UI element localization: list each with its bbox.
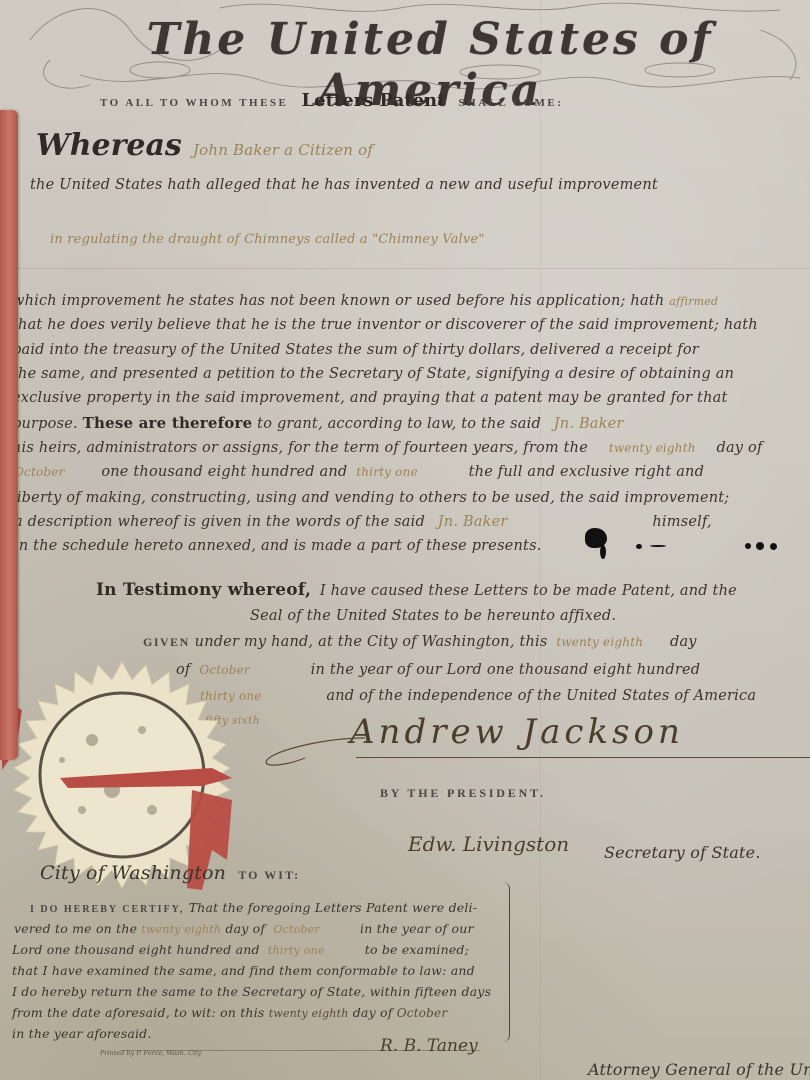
testimony-text: I have caused these Letters to be made P… [320, 583, 737, 599]
body-line: which improvement he states has not been… [12, 293, 718, 309]
description-line: a description whereof is given in the wo… [14, 514, 712, 530]
grant-text: to grant, according to law, to the said [257, 416, 541, 432]
ink-blot [600, 545, 606, 559]
given-text: under my hand, at the City of Washington… [195, 634, 548, 650]
certify-caps: I DO HEREBY CERTIFY, [30, 904, 185, 915]
president-signature: Andrew Jackson [350, 712, 684, 752]
certification-line: I do hereby return the same to the Secre… [12, 984, 491, 999]
description-name-filled: Jn. Baker [438, 514, 508, 530]
given-line: GIVEN under my hand, at the City of Wash… [143, 634, 697, 650]
invention-description-filled: in regulating the draught of Chimneys ca… [50, 232, 485, 247]
testimony-line-2: Seal of the United States to be hereunto… [250, 608, 616, 624]
certification-text: That the foregoing Letters Patent were d… [189, 900, 478, 915]
heirs-suffix: day of [716, 440, 762, 456]
cert-day-filled: twenty eighth [141, 923, 221, 936]
certification-text: from the date aforesaid, to wit: on this [12, 1005, 265, 1020]
body-line: the same, and presented a petition to th… [12, 366, 734, 382]
ink-blot [756, 542, 764, 550]
salutation-letters-patent: Letters Patent [301, 90, 445, 111]
grant-prefix: purpose. [12, 416, 78, 432]
whereas-line: Whereas John Baker a Citizen of [36, 128, 373, 163]
salutation-prefix: TO ALL TO WHOM THESE [100, 97, 288, 109]
ink-blot [636, 544, 642, 549]
date-suffix: the full and exclusive right and [469, 464, 704, 480]
certification-line: that I have examined the same, and find … [12, 963, 475, 978]
inventor-name-filled: John Baker a Citizen of [193, 141, 373, 159]
start-month-filled: October [14, 465, 65, 479]
body-line: paid into the treasury of the United Sta… [12, 342, 699, 358]
schedule-line: in the schedule hereto annexed, and is m… [14, 538, 542, 554]
printer-imprint: Printed by P. Force, Wash. City [100, 1049, 201, 1057]
cert-return-day-filled: twenty eighth [269, 1007, 349, 1020]
heirs-line: his heirs, administrators or assigns, fo… [12, 440, 763, 456]
given-line2-text: in the year of our Lord one thousand eig… [311, 662, 701, 678]
cert-month-filled: October [273, 923, 319, 936]
cert-year-filled: thirty one [268, 944, 325, 957]
certification-heading: City of Washington TO WIT: [40, 862, 300, 884]
salutation-suffix: SHALL COME: [459, 97, 564, 109]
certification-bracket [503, 882, 510, 1042]
whereas-heading: Whereas [36, 128, 182, 163]
affirmed-filled: affirmed [669, 295, 718, 308]
signature-underline [356, 757, 810, 758]
given-caps: GIVEN [143, 635, 190, 649]
start-year-filled: thirty one [356, 465, 418, 479]
description-suffix: himself, [652, 514, 711, 530]
heirs-text: his heirs, administrators or assigns, fo… [12, 440, 588, 456]
body-line-text: which improvement he states has not been… [12, 293, 664, 309]
grant-line: purpose. These are therefore to grant, a… [12, 414, 624, 432]
testimony-line: In Testimony whereof, I have caused thes… [96, 580, 737, 600]
grant-gothic: These are therefore [83, 414, 253, 432]
testimony-heading: In Testimony whereof, [96, 580, 311, 600]
certification-text: day of [353, 1005, 393, 1020]
start-day-filled: twenty eighth [609, 441, 696, 455]
liberty-line: liberty of making, constructing, using a… [12, 490, 729, 506]
given-day-filled: twenty eighth [556, 635, 643, 649]
signature-flourish [255, 720, 375, 770]
date-text: one thousand eight hundred and [101, 464, 347, 480]
grantee-name-filled: Jn. Baker [554, 416, 624, 432]
attorney-general-title: Attorney General of the United States. [588, 1060, 810, 1079]
certification-text: to be examined; [365, 942, 469, 957]
body-line: exclusive property in the said improveme… [12, 390, 728, 406]
fold-line [0, 268, 810, 269]
ink-blot [745, 543, 751, 549]
given-line3-text: and of the independence of the United St… [326, 688, 756, 704]
certification-line: Lord one thousand eight hundred and thir… [12, 942, 469, 957]
certification-text: day of [225, 921, 265, 936]
certification-line: vered to me on the twenty eighth day of … [14, 921, 474, 936]
certification-line: I DO HEREBY CERTIFY, That the foregoing … [30, 900, 477, 915]
description-text: a description whereof is given in the wo… [14, 514, 425, 530]
certification-city: City of Washington [40, 862, 226, 884]
certification-text: in the year of our [360, 921, 474, 936]
secretary-title: Secretary of State. [604, 843, 761, 862]
attorney-general-signature: R. B. Taney [380, 1036, 478, 1056]
certification-line: from the date aforesaid, to wit: on this… [12, 1005, 447, 1020]
given-line-2: of October in the year of our Lord one t… [176, 662, 700, 678]
wafer-seal [2, 660, 242, 890]
body-line: the United States hath alleged that he h… [30, 177, 658, 193]
body-line: that he does verily believe that he is t… [12, 317, 758, 333]
date-line: October one thousand eight hundred and t… [14, 464, 704, 480]
certification-text: Lord one thousand eight hundred and [12, 942, 260, 957]
to-wit: TO WIT: [238, 868, 300, 882]
given-line-3: thirty one and of the independence of th… [200, 688, 756, 704]
certification-line: in the year aforesaid. [12, 1026, 152, 1041]
given-suffix: day [670, 634, 697, 650]
ink-blot [650, 545, 666, 547]
certification-text: vered to me on the [14, 921, 137, 936]
secretary-signature: Edw. Livingston [408, 832, 569, 856]
cert-return-month-filled: October [397, 1006, 448, 1020]
salutation-line: TO ALL TO WHOM THESE Letters Patent SHAL… [100, 90, 563, 111]
ink-blot [770, 543, 777, 550]
ribbon [0, 110, 18, 760]
by-the-president: BY THE PRESIDENT. [380, 786, 546, 801]
